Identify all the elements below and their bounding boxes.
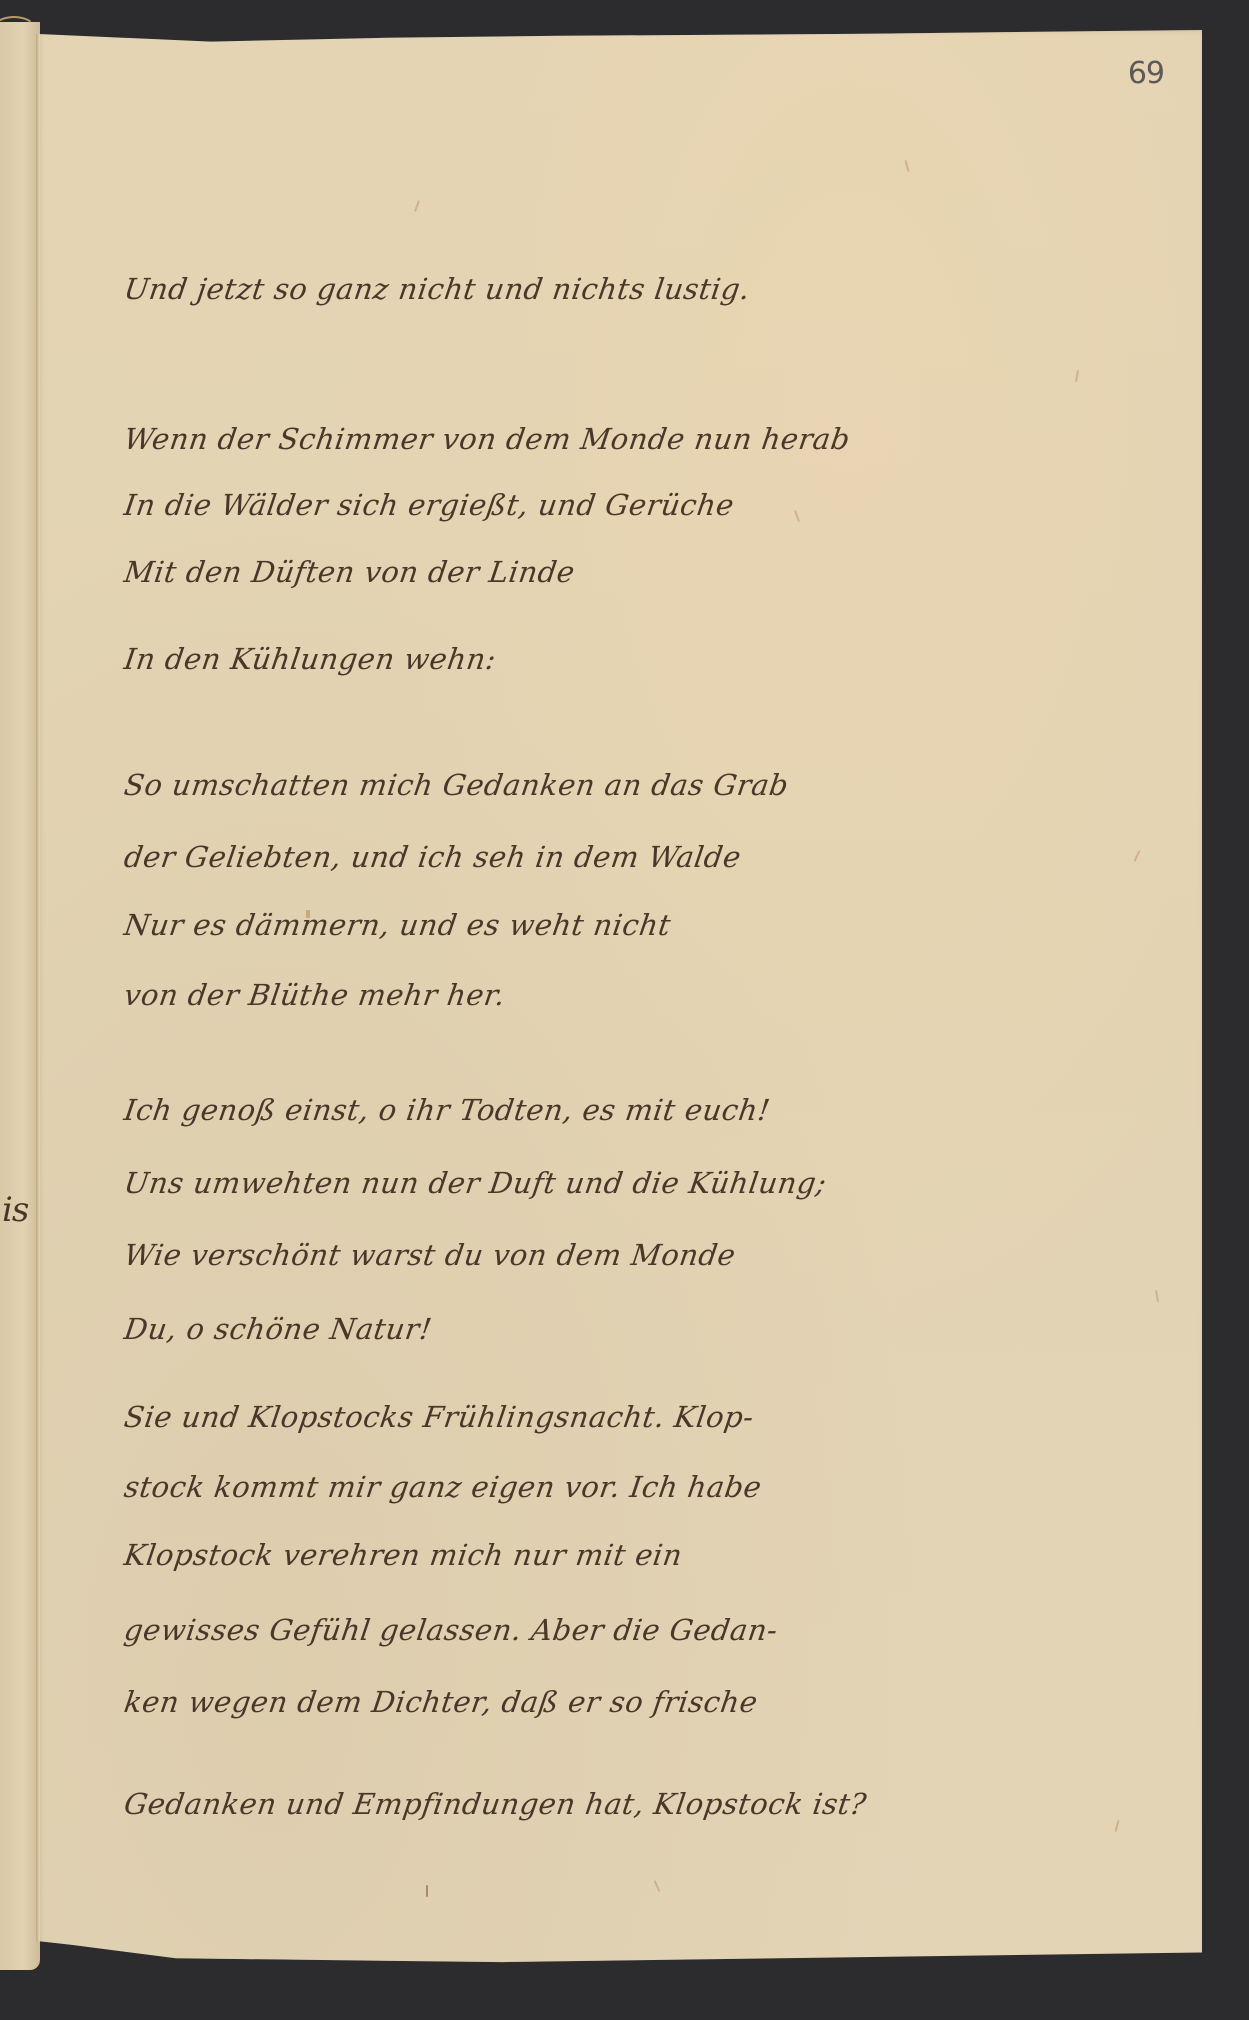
manuscript-page: 69 Und jetzt so ganz nicht und nichts lu… <box>36 30 1202 1966</box>
text-line: von der Blüthe mehr her. <box>122 978 507 1012</box>
text-line: Uns umwehten nun der Duft und die Kühlun… <box>122 1166 829 1200</box>
text-line: Gedanken und Empfindungen hat, Klopstock… <box>122 1787 869 1821</box>
paper-fiber <box>414 200 420 212</box>
previous-page-edge: is <box>0 22 40 1970</box>
paper-fiber <box>794 510 800 522</box>
text-line: In den Kühlungen wehn: <box>122 642 498 676</box>
text-line: Klopstock verehren mich nur mit ein <box>122 1538 685 1572</box>
paper-fiber <box>904 160 909 172</box>
text-line: Sie und Klopstocks Frühlingsnacht. Klop- <box>122 1400 756 1434</box>
paper-fiber <box>654 1880 661 1892</box>
text-line: Du, o schöne Natur! <box>122 1312 434 1346</box>
paper-fiber <box>1134 850 1141 862</box>
paper-fiber <box>1114 1820 1119 1832</box>
text-line: Ich genoß einst, o ihr Todten, es mit eu… <box>122 1093 772 1127</box>
text-line: gewisses Gefühl gelassen. Aber die Gedan… <box>122 1613 780 1647</box>
text-line: Wie verschönt warst du von dem Monde <box>122 1238 738 1272</box>
text-line: Nur es dämmern, und es weht nicht <box>122 908 673 942</box>
gutter-fold <box>36 30 40 1966</box>
text-line: So umschatten mich Gedanken an das Grab <box>122 768 791 802</box>
text-line: stock kommt mir ganz eigen vor. Ich habe <box>122 1470 764 1504</box>
text-line: Und jetzt so ganz nicht und nichts lusti… <box>122 272 752 306</box>
paper-fiber <box>1155 1290 1159 1302</box>
text-line: der Geliebten, und ich seh in dem Walde <box>122 840 743 874</box>
text-line: ken wegen dem Dichter, daß er so frische <box>122 1685 760 1719</box>
folio-number: 69 <box>1128 56 1164 91</box>
text-line: Mit den Düften von der Linde <box>122 555 577 589</box>
text-line: Wenn der Schimmer von dem Monde nun hera… <box>122 422 852 456</box>
page-curl <box>0 16 36 42</box>
paper-fiber <box>1075 370 1079 382</box>
previous-page-text-fragment: is <box>2 1190 28 1230</box>
paper-fiber <box>426 1885 428 1897</box>
text-line: In die Wälder sich ergießt, und Gerüche <box>122 488 736 522</box>
paper-fiber <box>306 910 310 918</box>
